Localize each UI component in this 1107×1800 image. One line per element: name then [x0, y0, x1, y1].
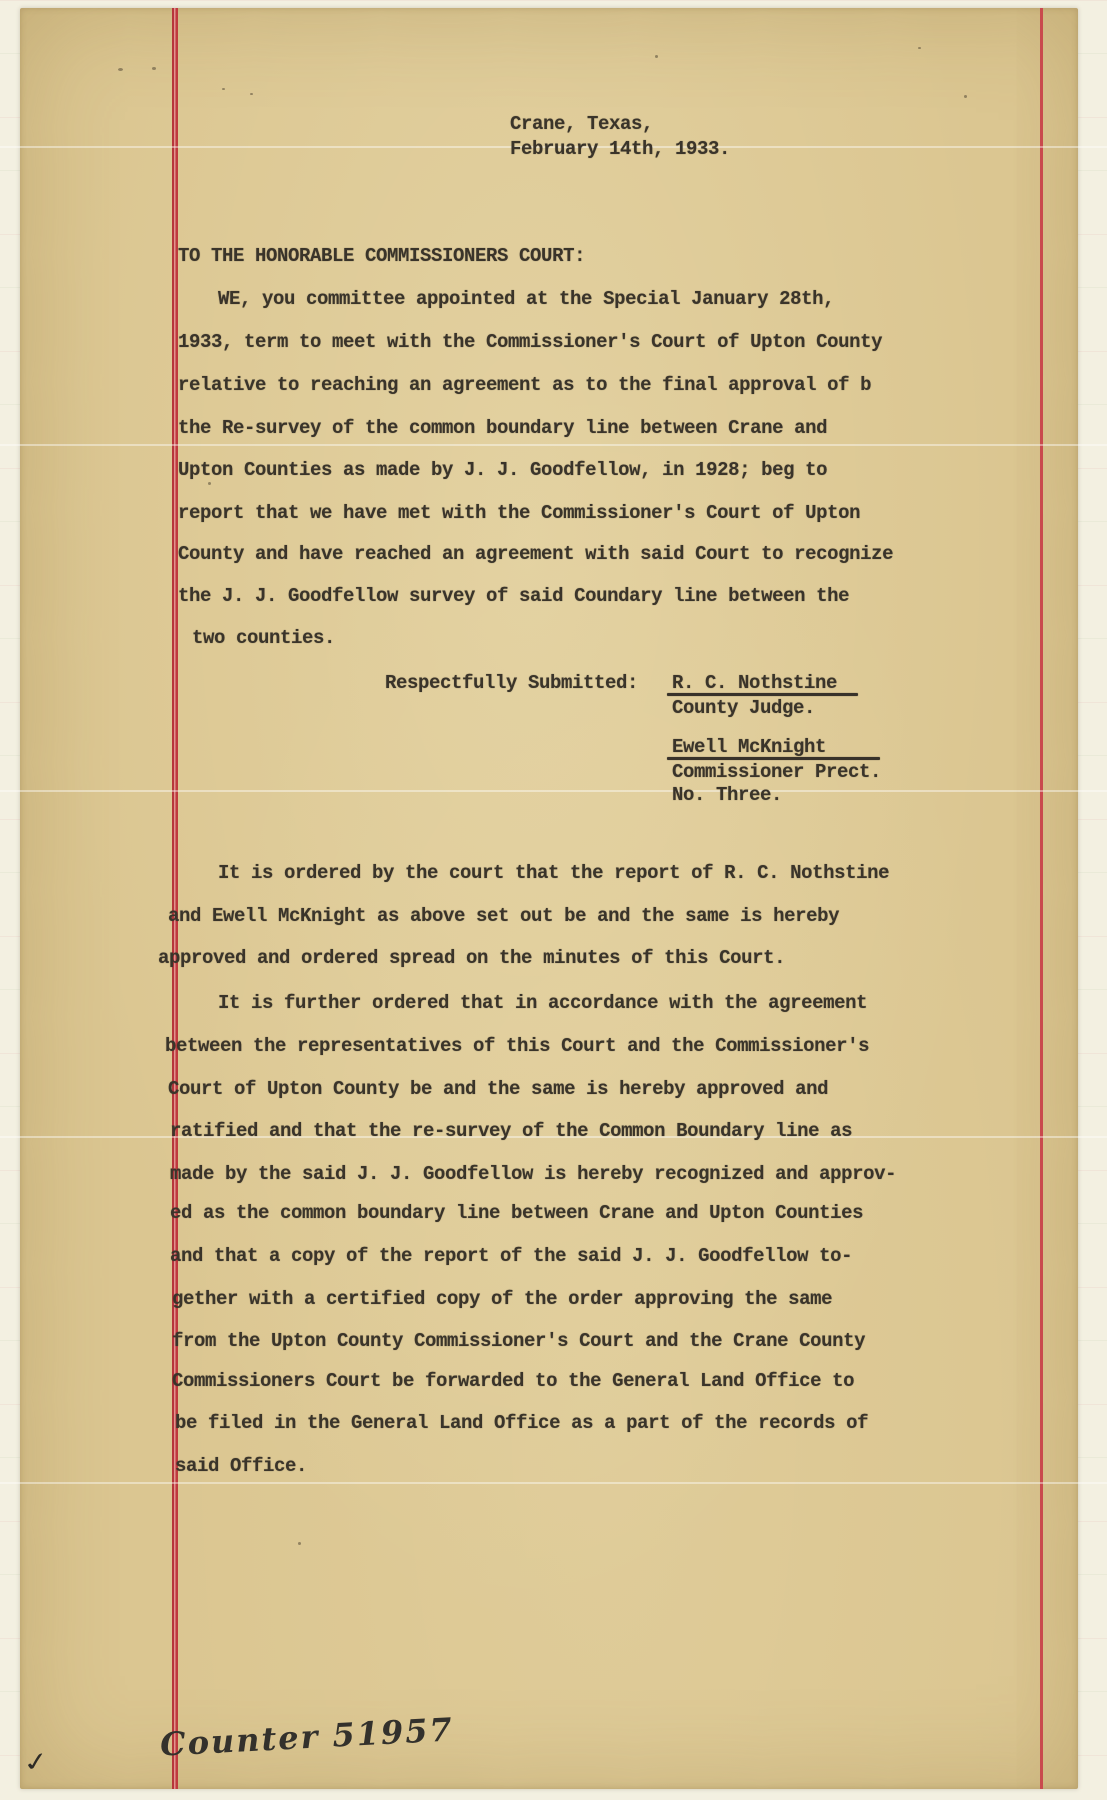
- signature2-title: Commissioner Prect.: [672, 761, 881, 783]
- dateline-date: February 14th, 1933.: [510, 138, 730, 160]
- signature1-title: County Judge.: [672, 697, 815, 719]
- signature2-title2: No. Three.: [672, 784, 782, 806]
- para1-line8: the J. J. Goodfellow survey of said Coun…: [178, 585, 849, 607]
- order2-line10: Commissioners Court be forwarded to the …: [172, 1370, 854, 1392]
- typed-text-layer: Crane, Texas,February 14th, 1933.TO THE …: [0, 0, 1107, 1800]
- scanned-page: { "colors": { "scanner_background": "#f3…: [0, 0, 1107, 1800]
- order2-line1: It is further ordered that in accordance…: [218, 992, 867, 1014]
- handwritten-checkmark: ✓: [20, 1746, 51, 1779]
- order2-line11: be filed in the General Land Office as a…: [175, 1412, 868, 1434]
- para1-line4: the Re-survey of the common boundary lin…: [178, 417, 827, 439]
- para1-line9: two counties.: [192, 627, 335, 649]
- order2-line8: gether with a certified copy of the orde…: [172, 1288, 832, 1310]
- para1-line3: relative to reaching an agreement as to …: [178, 374, 871, 396]
- order2-line12: said Office.: [175, 1455, 307, 1477]
- para1-line7: County and have reached an agreement wit…: [178, 543, 893, 565]
- typed-underline: [667, 693, 858, 696]
- order2-line7: and that a copy of the report of the sai…: [170, 1245, 852, 1267]
- order2-line3: Court of Upton County be and the same is…: [168, 1078, 828, 1100]
- closing-label: Respectfully Submitted:: [385, 672, 638, 694]
- para1-line5: Upton Counties as made by J. J. Goodfell…: [178, 459, 827, 481]
- para1-line2: 1933, term to meet with the Commissioner…: [178, 331, 882, 353]
- typed-underline: [667, 757, 880, 760]
- order1-line3: approved and ordered spread on the minut…: [158, 947, 785, 969]
- order1-line1: It is ordered by the court that the repo…: [218, 862, 889, 884]
- order2-line6: ed as the common boundary line between C…: [170, 1202, 863, 1224]
- order2-line5: made by the said J. J. Goodfellow is her…: [170, 1163, 896, 1185]
- order2-line2: between the representatives of this Cour…: [165, 1035, 869, 1057]
- para1-line6: report that we have met with the Commiss…: [178, 502, 860, 524]
- order2-line9: from the Upton County Commissioner's Cou…: [172, 1330, 865, 1352]
- salutation: TO THE HONORABLE COMMISSIONERS COURT:: [178, 245, 585, 267]
- order2-line4: ratified and that the re-survey of the C…: [170, 1120, 852, 1142]
- para1-line1: WE, you committee appointed at the Speci…: [218, 288, 834, 310]
- order1-line2: and Ewell McKnight as above set out be a…: [168, 905, 839, 927]
- signature2-name: Ewell McKnight: [672, 736, 826, 758]
- signature1-name: R. C. Nothstine: [672, 672, 837, 694]
- dateline-city: Crane, Texas,: [510, 113, 653, 135]
